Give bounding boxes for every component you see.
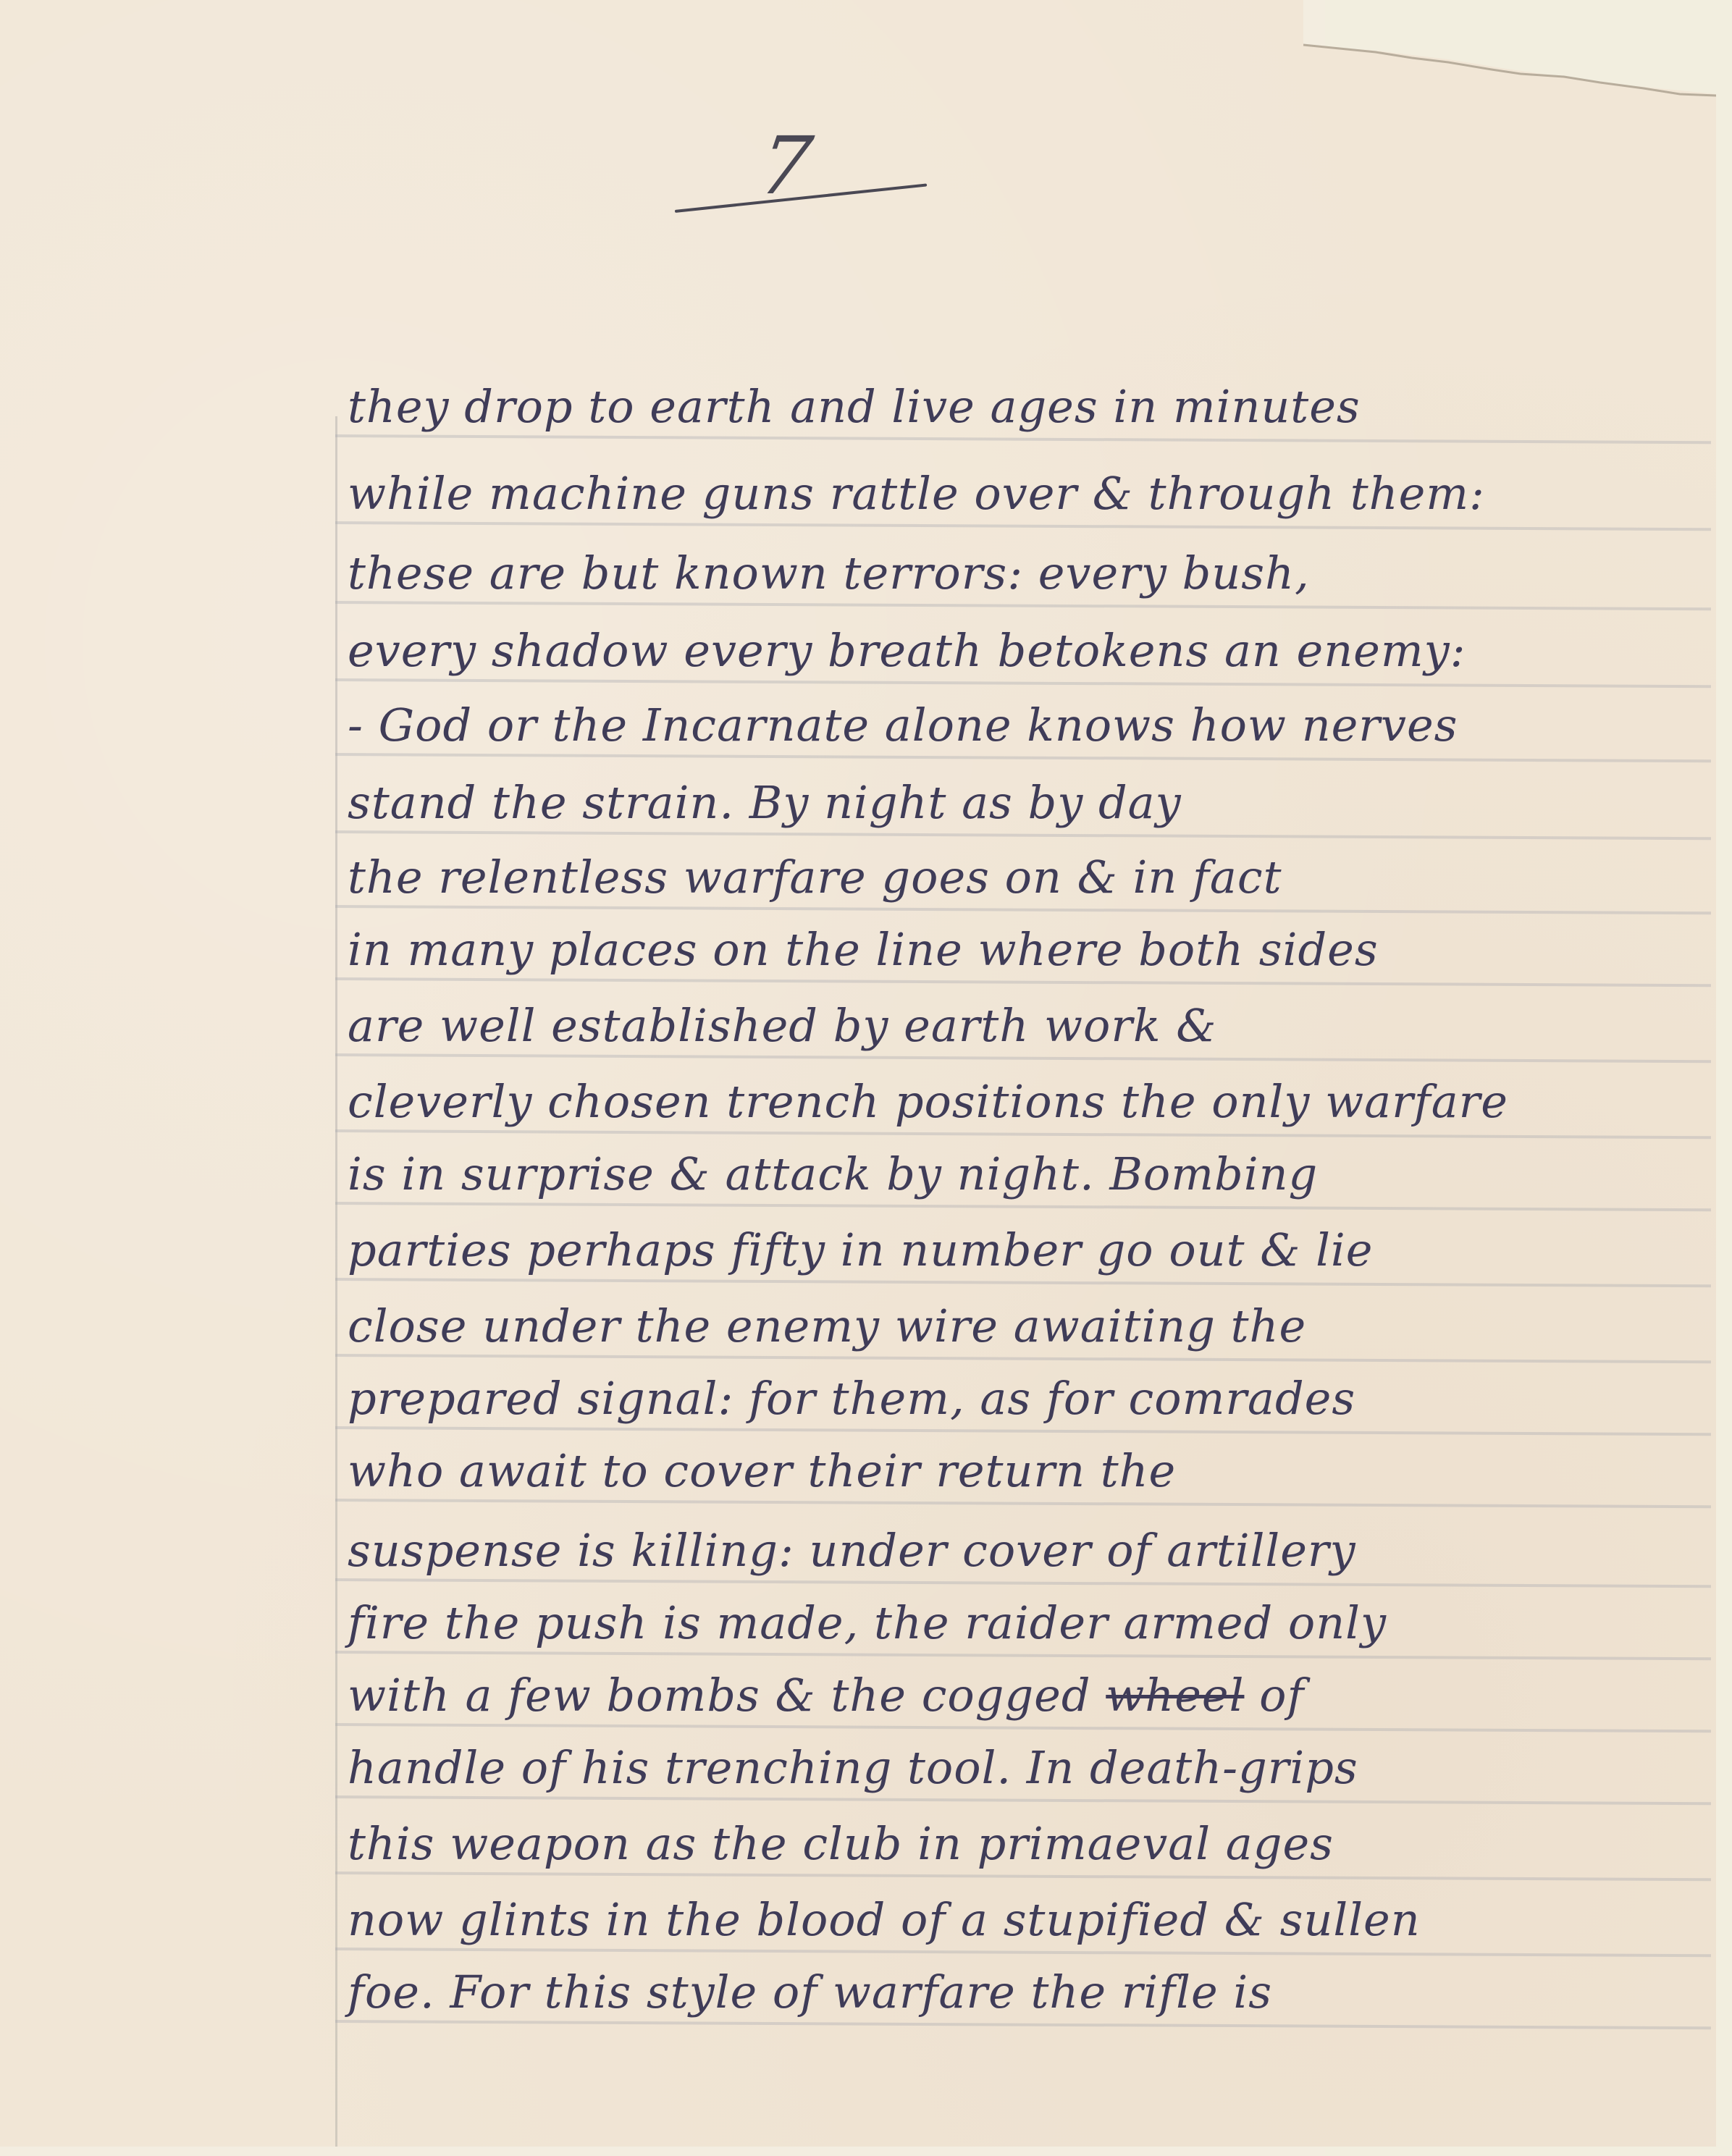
manuscript-sheet: 7 they drop to earth and live ages in mi… bbox=[0, 0, 1716, 2147]
manuscript-line-6: stand the strain. By night as by day bbox=[348, 774, 1709, 832]
manuscript-line-11: is in surprise & attack by night. Bombin… bbox=[348, 1145, 1709, 1203]
manuscript-line-1: they drop to earth and live ages in minu… bbox=[348, 378, 1709, 436]
manuscript-line-2: while machine guns rattle over & through… bbox=[348, 465, 1709, 523]
manuscript-line-14: prepared signal: for them, as for comrad… bbox=[348, 1370, 1709, 1428]
manuscript-line-16: suspense is killing: under cover of arti… bbox=[348, 1522, 1709, 1580]
manuscript-line-12: parties perhaps fifty in number go out &… bbox=[348, 1221, 1709, 1279]
manuscript-line-15: who await to cover their return the bbox=[348, 1442, 1709, 1500]
manuscript-line-5: - God or the Incarnate alone knows how n… bbox=[348, 696, 1709, 754]
manuscript-line-7: the relentless warfare goes on & in fact bbox=[348, 848, 1709, 906]
margin-line bbox=[335, 416, 337, 2147]
manuscript-line-21: now glints in the blood of a stupified &… bbox=[348, 1891, 1709, 1949]
struck-through-word: wheel bbox=[1106, 1669, 1244, 1722]
manuscript-line-20: this weapon as the club in primaeval age… bbox=[348, 1815, 1709, 1873]
manuscript-line-8: in many places on the line where both si… bbox=[348, 921, 1709, 979]
manuscript-line-19: handle of his trenching tool. In death-g… bbox=[348, 1739, 1709, 1797]
manuscript-line-22: foe. For this style of warfare the rifle… bbox=[348, 1963, 1709, 2021]
manuscript-line-3: these are but known terrors: every bush, bbox=[348, 544, 1709, 602]
manuscript-line-10: cleverly chosen trench positions the onl… bbox=[348, 1073, 1709, 1131]
manuscript-line-4: every shadow every breath betokens an en… bbox=[348, 622, 1709, 680]
manuscript-line-17: fire the push is made, the raider armed … bbox=[348, 1594, 1709, 1652]
manuscript-line-9: are well established by earth work & bbox=[348, 997, 1709, 1055]
line-18-tail: of bbox=[1244, 1669, 1304, 1722]
manuscript-line-13: close under the enemy wire awaiting the bbox=[348, 1297, 1709, 1355]
line-18-text: with a few bombs & the cogged bbox=[348, 1669, 1091, 1722]
manuscript-line-18: with a few bombs & the cogged wheel of bbox=[348, 1667, 1709, 1725]
